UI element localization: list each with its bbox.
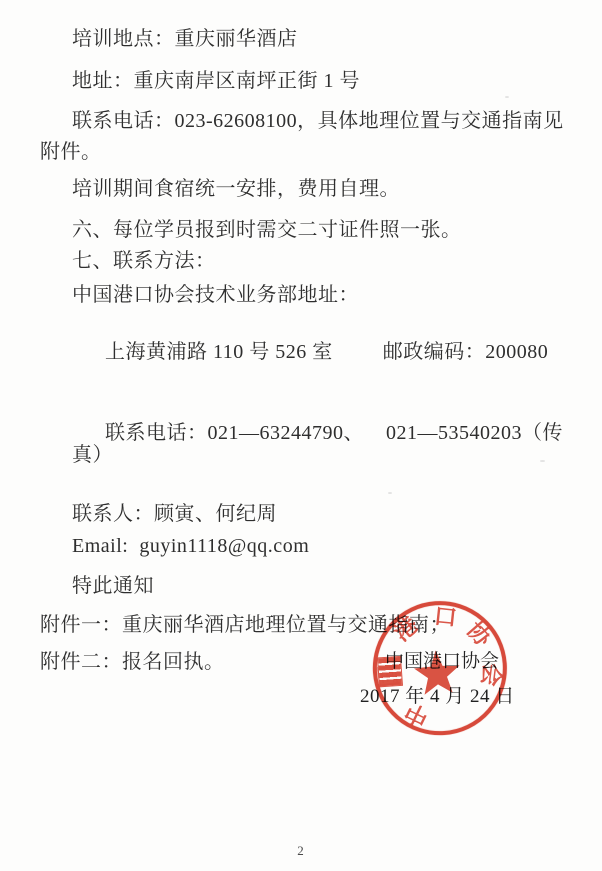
scan-speck xyxy=(388,492,392,494)
hotel-phone-line: 联系电话：023-62608100，具体地理位置与交通指南见 xyxy=(40,110,582,132)
postal-code: 邮政编码：200080 xyxy=(383,341,549,363)
scan-speck xyxy=(505,96,509,98)
red-star-icon xyxy=(412,649,463,700)
scanned-notice-page: 培训地点：重庆丽华酒店 地址：重庆南岸区南坪正街 1 号 联系电话：023-62… xyxy=(0,0,602,871)
shanghai-address-line: 上海黄浦路 110 号 526 室邮政编码：200080 xyxy=(40,319,582,385)
hotel-address-line: 地址：重庆南岸区南坪正街 1 号 xyxy=(40,70,582,92)
contact-person-line: 联系人：顾寅、何纪周 xyxy=(40,503,582,525)
street-address: 上海黄浦路 110 号 526 室 xyxy=(105,341,333,363)
contact-phone-line: 联系电话：021—63244790、021—53540203（传真） xyxy=(40,400,582,488)
phone-number: 联系电话：021—63244790、 xyxy=(105,422,364,444)
association-dept-line: 中国港口协会技术业务部地址： xyxy=(40,284,582,306)
lodging-line: 培训期间食宿统一安排，费用自理。 xyxy=(40,178,582,200)
seal-char-hui: 会 xyxy=(476,660,505,689)
seal-code-block xyxy=(377,656,403,688)
hotel-phone-line-wrap: 附件。 xyxy=(40,141,582,163)
item-seven-line: 七、联系方法： xyxy=(40,250,582,272)
item-six-line: 六、每位学员报到时需交二寸证件照一张。 xyxy=(40,219,582,241)
official-seal-stamp: 中 国 港 口 协 会 xyxy=(322,550,561,789)
seal-char-kou: 口 xyxy=(431,603,460,632)
scan-speck xyxy=(540,460,545,462)
training-location-line: 培训地点：重庆丽华酒店 xyxy=(40,28,582,50)
page-number: 2 xyxy=(0,843,602,859)
